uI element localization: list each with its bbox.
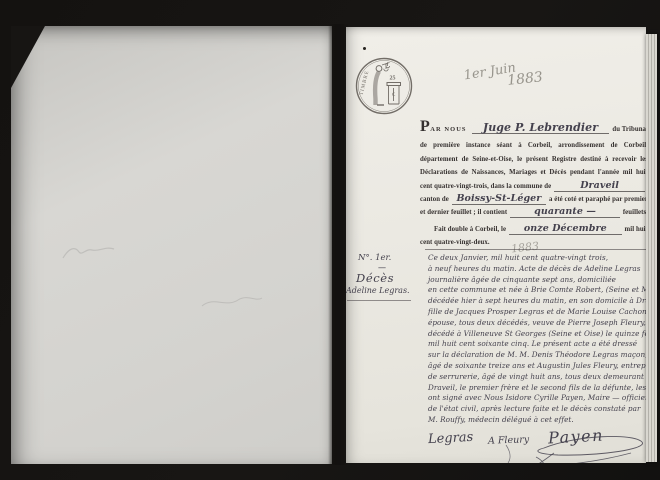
pencil-date-line2: 1883 bbox=[507, 71, 544, 88]
commune-line: cent quatre-vingt-trois, dans la commune… bbox=[420, 180, 646, 193]
act-line: sur la déclaration de M. M. Denis Théodo… bbox=[428, 350, 634, 361]
left-blank-page bbox=[11, 26, 332, 464]
commune-label: cent quatre-vingt-trois, dans la commune… bbox=[420, 180, 551, 193]
feuillets-label: feuillets. bbox=[623, 206, 646, 219]
stamp-ring-text: TIMBRE bbox=[359, 70, 371, 96]
ink-dot bbox=[363, 47, 366, 50]
cote-paraphe-label: a été coté et paraphé par premier bbox=[549, 193, 646, 206]
act-line: journalière âgée de cinquante sept ans, … bbox=[428, 275, 634, 286]
canton-line: canton de Boissy-St-Léger a été coté et … bbox=[420, 193, 646, 206]
drop-cap: P bbox=[420, 122, 430, 132]
judge-name-handwritten: Juge P. Lebrendier bbox=[472, 123, 610, 134]
act-line: mil huit cent soixante cinq. Le présent … bbox=[428, 339, 634, 350]
act-line: fille de Jacques Prosper Legras et de Ma… bbox=[428, 307, 634, 318]
fait-double-label: Fait double à Corbeil, le bbox=[434, 223, 506, 236]
book-spine-shadow bbox=[328, 24, 348, 465]
register-scan: TIMBRE 25 C 1er Juin 1883 P AR NOUS Juge… bbox=[0, 0, 660, 480]
pencil-smudge bbox=[196, 286, 266, 316]
margin-rule bbox=[347, 300, 411, 301]
act-line: de l'état civil, après lecture faite et … bbox=[428, 404, 634, 415]
fait-double-line: Fait double à Corbeil, le onze Décembre … bbox=[420, 223, 646, 236]
signature-fleury: A Fleury bbox=[488, 434, 530, 446]
contient-label: et dernier feuillet ; il contient bbox=[420, 206, 507, 219]
act-number: N°. 1er. bbox=[358, 253, 391, 263]
du-tribunal-label: du Tribunal bbox=[612, 123, 646, 136]
signature-legras: Legras bbox=[428, 430, 474, 447]
year-label: cent quatre-vingt-deux. bbox=[420, 236, 490, 249]
par-nous-label: AR NOUS bbox=[430, 123, 466, 136]
stamp-unit: C bbox=[392, 93, 396, 98]
preamble-line-2: de première instance séant à Corbeil, ar… bbox=[420, 139, 646, 152]
act-type: Décès bbox=[356, 271, 394, 285]
act-line: Ce deux Janvier, mil huit cent quatre-vi… bbox=[428, 253, 634, 264]
preamble-opening-line: P AR NOUS Juge P. Lebrendier du Tribunal bbox=[420, 122, 646, 136]
preamble-line-4: Déclarations de Naissances, Mariages et … bbox=[420, 166, 646, 179]
act-line: épouse, tous deux décédés, veuve de Pier… bbox=[428, 318, 634, 329]
feuillets-line: et dernier feuillet ; il contient quaran… bbox=[420, 206, 646, 219]
commune-value-handwritten: Draveil bbox=[554, 181, 645, 192]
act-line: en cette commune et née à Brie Comte Rob… bbox=[428, 285, 634, 296]
canton-value-handwritten: Boissy-St-Léger bbox=[452, 194, 546, 205]
pencil-smudge bbox=[59, 240, 119, 264]
act-line: décédée hier à sept heures du matin, en … bbox=[428, 296, 634, 307]
signature-payen: Payen bbox=[548, 426, 605, 448]
act-line: M. Rouffy, médecin délégué à cet effet. bbox=[428, 415, 634, 426]
mil-huit-label: mil huit bbox=[625, 223, 647, 236]
feuillets-count-handwritten: quarante — bbox=[510, 207, 620, 218]
act-line: Draveil, le premier frère et le second f… bbox=[428, 383, 634, 394]
preamble-line-3: département de Seine-et-Oise, le présent… bbox=[420, 153, 646, 166]
signatures-block: Legras A Fleury Payen bbox=[426, 427, 646, 463]
pencil-date-annotation: 1er Juin 1883 bbox=[463, 45, 625, 96]
deceased-name: Adeline Legras. bbox=[346, 286, 410, 295]
act-line: de serrurerie, âgé de vingt huit ans, to… bbox=[428, 372, 634, 383]
act-line: âgé de soixante treize ans et Augustin J… bbox=[428, 361, 634, 372]
page-edges bbox=[646, 34, 657, 462]
act-line: ont signé avec Nous Isidore Cyrille Paye… bbox=[428, 393, 634, 404]
register-page: TIMBRE 25 C 1er Juin 1883 P AR NOUS Juge… bbox=[346, 27, 646, 463]
act-separator-rule bbox=[425, 249, 646, 250]
canton-label: canton de bbox=[420, 193, 449, 206]
fait-double-date-handwritten: onze Décembre bbox=[509, 224, 621, 235]
register-preamble: P AR NOUS Juge P. Lebrendier du Tribunal… bbox=[420, 122, 646, 250]
act-line: décédé à Villeneuve St Georges (Seine et… bbox=[428, 329, 634, 340]
revenue-stamp-icon: TIMBRE 25 C bbox=[353, 55, 415, 117]
death-act-body: Ce deux Janvier, mil huit cent quatre-vi… bbox=[428, 253, 646, 426]
act-line: à neuf heures du matin. Acte de décès de… bbox=[428, 264, 634, 275]
stamp-denomination: 25 bbox=[390, 76, 396, 82]
